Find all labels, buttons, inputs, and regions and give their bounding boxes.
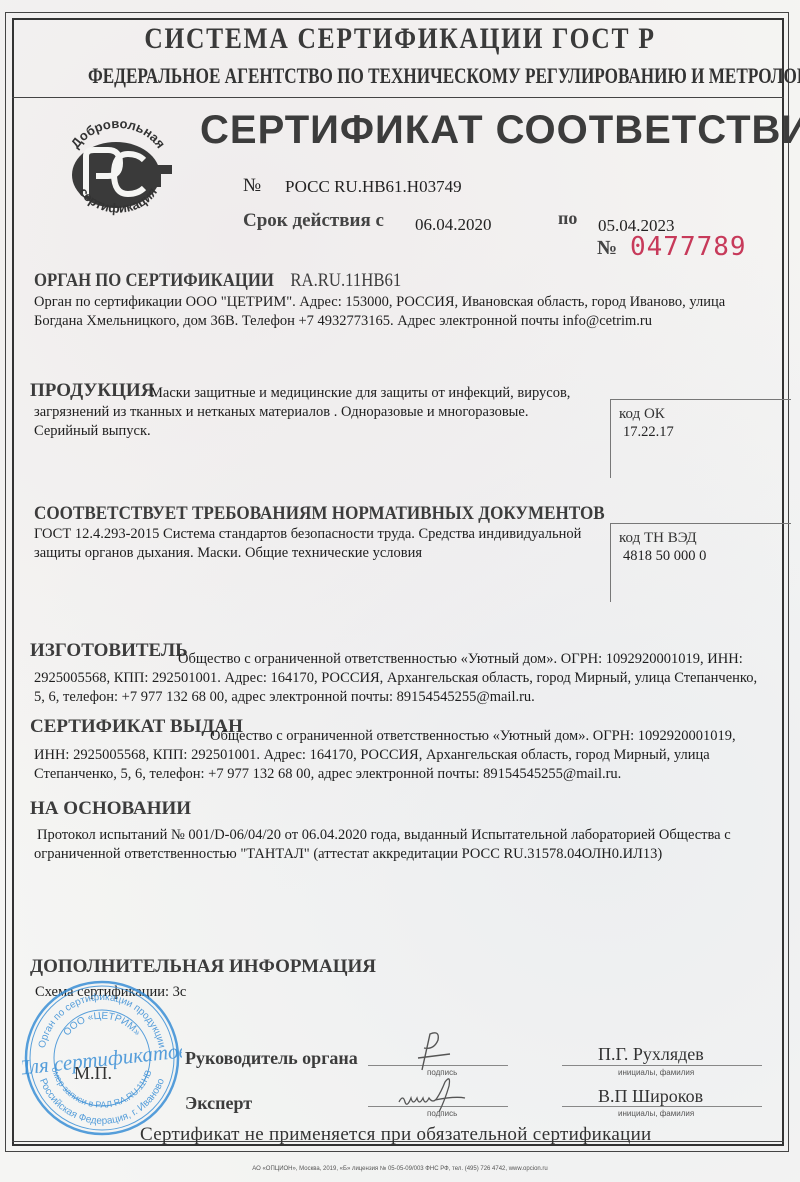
- head-signature-icon: [400, 1030, 460, 1072]
- head-name-line: [562, 1065, 762, 1066]
- certification-body-code: RA.RU.11НВ61: [290, 270, 401, 291]
- header-divider: [12, 97, 784, 98]
- conformity-line-1: ГОСТ 12.4.293-2015 Система стандартов бе…: [34, 525, 604, 544]
- certificate-number: РОСС RU.НВ61.Н03749: [285, 177, 462, 197]
- issued-to-line-2: ИНН: 2925005568, КПП: 292501001. Адрес: …: [34, 746, 774, 765]
- rst-logo-icon: Добровольная сертификация: [58, 118, 178, 228]
- validity-label: Срок действия с: [243, 210, 384, 232]
- basis-heading: НА ОСНОВАНИИ: [30, 798, 191, 820]
- expert-name: В.П Широков: [598, 1086, 703, 1107]
- issued-to-line-3: Степанченко, 5, 6, телефон: +7 977 132 6…: [34, 765, 774, 784]
- manufacturer-heading: ИЗГОТОВИТЕЛЬ: [30, 640, 188, 662]
- additional-info-heading: ДОПОЛНИТЕЛЬНАЯ ИНФОРМАЦИЯ: [30, 956, 376, 978]
- svg-text:ООО «ЦЕТРИМ»: ООО «ЦЕТРИМ»: [62, 1011, 143, 1039]
- system-title: СИСТЕМА СЕРТИФИКАЦИИ ГОСТ Р: [60, 22, 740, 56]
- tn-ved-code-label: код ТН ВЭД: [619, 530, 697, 547]
- conformity-details: ГОСТ 12.4.293-2015 Система стандартов бе…: [34, 525, 604, 563]
- valid-from-date: 06.04.2020: [415, 215, 492, 235]
- printer-imprint: АО «ОПЦИОН», Москва, 2019, «Б» лицензия …: [0, 1166, 800, 1172]
- certification-body-heading-text: ОРГАН ПО СЕРТИФИКАЦИИ: [34, 270, 274, 291]
- certification-body-line-1: Орган по сертификации ООО "ЦЕТРИМ". Адре…: [34, 293, 774, 312]
- ok-code-label: код ОК: [619, 406, 665, 423]
- round-seal-icon: Орган по сертификации продукции ООО «ЦЕТ…: [22, 978, 182, 1138]
- head-role-label: Руководитель органа: [185, 1048, 358, 1069]
- blank-serial-number: 0477789: [630, 232, 747, 262]
- certification-body-line-2: Богдана Хмельницкого, дом 36В. Телефон +…: [34, 312, 774, 331]
- agency-title: ФЕДЕРАЛЬНОЕ АГЕНТСТВО ПО ТЕХНИЧЕСКОМУ РЕ…: [88, 63, 712, 89]
- manufacturer-line-1: Общество с ограниченной ответственностью…: [178, 650, 778, 669]
- basis-line-1: Протокол испытаний № 001/D-06/04/20 от 0…: [37, 826, 777, 845]
- rst-voluntary-certification-logo: Добровольная сертификация: [58, 118, 178, 228]
- head-name: П.Г. Рухлядев: [598, 1044, 704, 1065]
- expert-name-caption: инициалы, фамилия: [618, 1109, 694, 1118]
- conformity-line-2: защиты органов дыхания. Маски. Общие тех…: [34, 544, 604, 563]
- certification-body-heading: ОРГАН ПО СЕРТИФИКАЦИИ RA.RU.11НВ61: [34, 270, 401, 292]
- tn-ved-code-value: 4818 50 000 0: [623, 548, 706, 565]
- product-line-2: загрязнений из тканных и нетканых матери…: [34, 403, 604, 422]
- voluntary-note: Сертификат не применяется при обязательн…: [140, 1124, 652, 1146]
- manufacturer-line-3: 5, 6, телефон: +7 977 132 68 00, адрес э…: [34, 688, 774, 707]
- issued-to-line-1: Общество с ограниченной ответственностью…: [210, 727, 780, 746]
- manufacturer-line-2: 2925005568, КПП: 292501001. Адрес: 16417…: [34, 669, 784, 688]
- certification-body-details: Орган по сертификации ООО "ЦЕТРИМ". Адре…: [34, 293, 774, 331]
- ok-code-box: код ОК 17.22.17: [610, 399, 791, 478]
- head-name-caption: инициалы, фамилия: [618, 1068, 694, 1077]
- certification-body-stamp: Орган по сертификации продукции ООО «ЦЕТ…: [22, 978, 182, 1138]
- conformity-heading: СООТВЕТСТВУЕТ ТРЕБОВАНИЯМ НОРМАТИВНЫХ ДО…: [34, 503, 605, 525]
- blank-number-label: №: [597, 237, 617, 260]
- valid-to-label: по: [558, 208, 577, 229]
- expert-role-label: Эксперт: [185, 1093, 252, 1114]
- basis-line-2: ограниченной ответственностью "ТАНТАЛ" (…: [34, 845, 774, 864]
- ok-code-value: 17.22.17: [623, 424, 674, 441]
- product-line-3: Серийный выпуск.: [34, 422, 604, 441]
- product-line-1: Маски защитные и медицинские для защиты …: [150, 384, 610, 403]
- tn-ved-code-box: код ТН ВЭД 4818 50 000 0: [610, 523, 791, 602]
- seal-place-label: М.П.: [74, 1063, 112, 1084]
- certificate-page: СИСТЕМА СЕРТИФИКАЦИИ ГОСТ Р ФЕДЕРАЛЬНОЕ …: [0, 0, 800, 1182]
- certificate-number-label: №: [243, 175, 261, 197]
- expert-signature-icon: [395, 1072, 485, 1116]
- product-heading: ПРОДУКЦИЯ: [30, 380, 154, 402]
- certificate-title: СЕРТИФИКАТ СООТВЕТСТВИЯ: [200, 108, 780, 153]
